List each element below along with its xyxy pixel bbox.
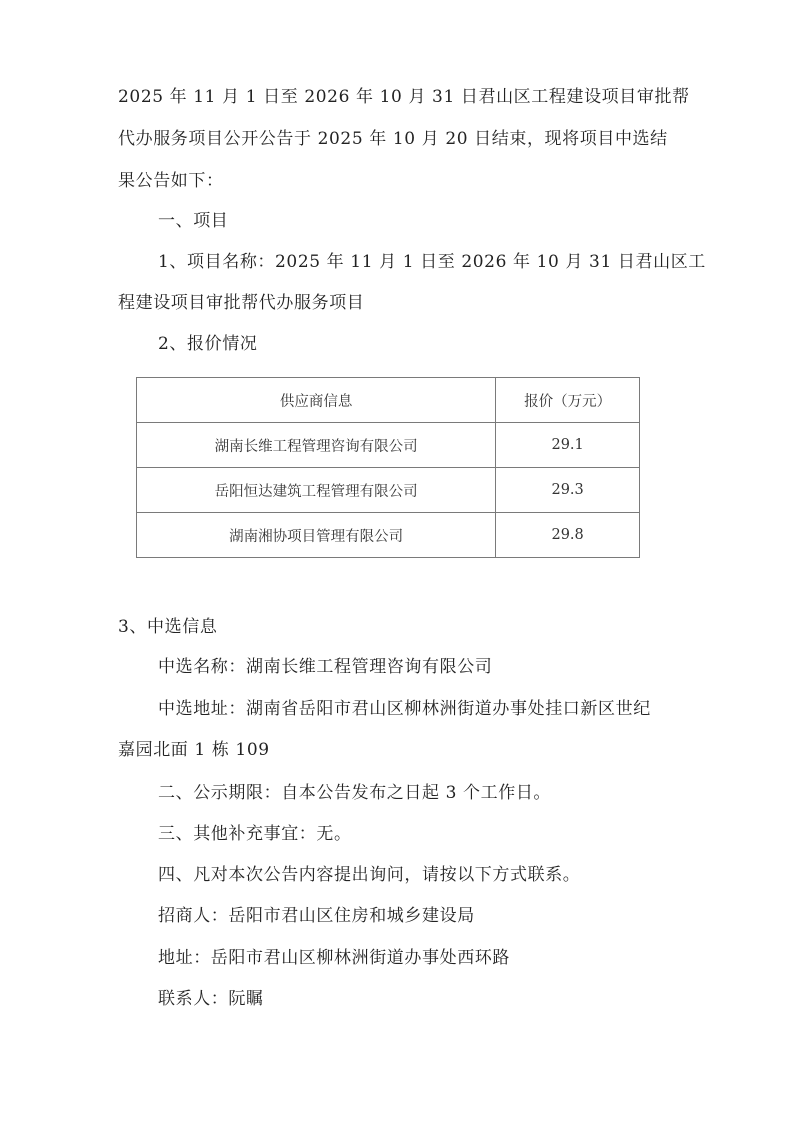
selected-name: 中选名称：湖南长维工程管理咨询有限公司 <box>158 656 492 678</box>
section-heading-project: 一、项目 <box>158 210 228 232</box>
project-name-line-2: 程建设项目审批帮代办服务项目 <box>118 292 364 314</box>
table-header-row: 供应商信息 报价（万元） <box>137 378 640 423</box>
price-cell: 29.1 <box>496 423 640 468</box>
supplier-cell: 湖南长维工程管理咨询有限公司 <box>137 423 496 468</box>
header-price: 报价（万元） <box>496 378 640 423</box>
intro-line-3: 果公告如下： <box>118 170 224 192</box>
selection-heading: 3、中选信息 <box>118 616 217 638</box>
contact-intro: 四、凡对本次公告内容提出询问，请按以下方式联系。 <box>158 864 580 886</box>
price-cell: 29.8 <box>496 513 640 558</box>
contact-tenderer: 招商人：岳阳市君山区住房和城乡建设局 <box>158 905 475 927</box>
other-matters: 三、其他补充事宜：无。 <box>158 823 352 845</box>
table-row: 湖南湘协项目管理有限公司 29.8 <box>137 513 640 558</box>
contact-address: 地址：岳阳市君山区柳林洲街道办事处西环路 <box>158 947 510 969</box>
selected-address-line-2: 嘉园北面 1 栋 109 <box>118 739 270 761</box>
selected-address-line-1: 中选地址：湖南省岳阳市君山区柳林洲街道办事处挂口新区世纪 <box>158 698 651 720</box>
supplier-cell: 岳阳恒达建筑工程管理有限公司 <box>137 468 496 513</box>
project-name-line-1: 1、项目名称：2025 年 11 月 1 日至 2026 年 10 月 31 日… <box>158 251 706 273</box>
table-row: 岳阳恒达建筑工程管理有限公司 29.3 <box>137 468 640 513</box>
notice-period: 二、公示期限：自本公告发布之日起 3 个工作日。 <box>158 782 551 804</box>
intro-line-1: 2025 年 11 月 1 日至 2026 年 10 月 31 日君山区工程建设… <box>118 86 690 108</box>
price-cell: 29.3 <box>496 468 640 513</box>
header-supplier: 供应商信息 <box>137 378 496 423</box>
quote-heading: 2、报价情况 <box>158 333 257 355</box>
supplier-cell: 湖南湘协项目管理有限公司 <box>137 513 496 558</box>
intro-line-2: 代办服务项目公开公告于 2025 年 10 月 20 日结束，现将项目中选结 <box>118 128 668 150</box>
contact-person: 联系人：阮瞩 <box>158 988 264 1010</box>
quote-table: 供应商信息 报价（万元） 湖南长维工程管理咨询有限公司 29.1 岳阳恒达建筑工… <box>136 377 640 558</box>
table-row: 湖南长维工程管理咨询有限公司 29.1 <box>137 423 640 468</box>
